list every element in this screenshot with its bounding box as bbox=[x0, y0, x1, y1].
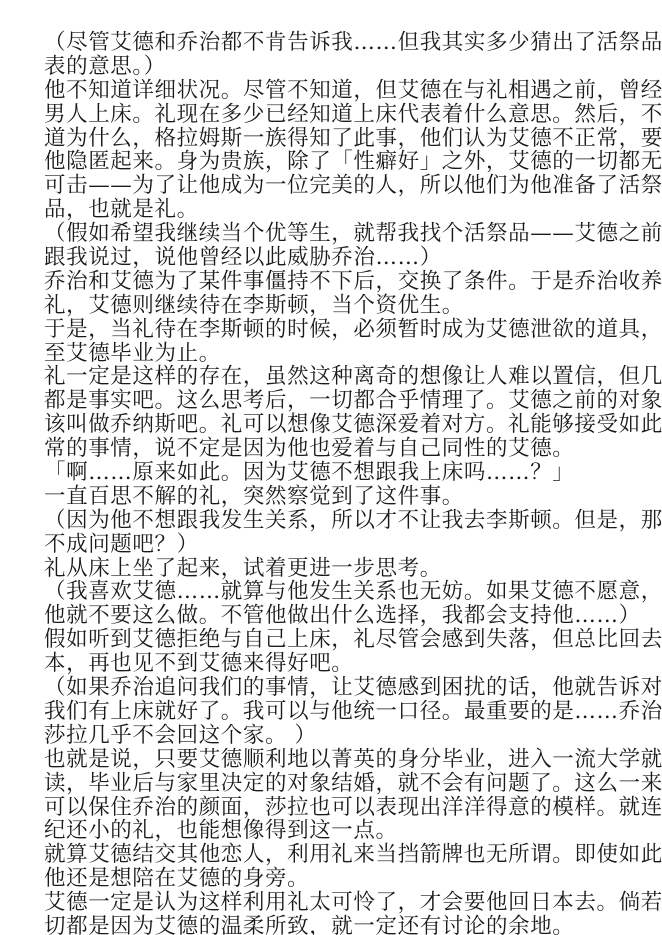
text-line: 可击——为了让他成为一位完美的人，所以他们为他准备了活祭 bbox=[44, 174, 624, 198]
text-line: 跟我说过，说他曾经以此威胁乔治……） bbox=[44, 246, 624, 270]
text-line: （因为他不想跟我发生关系，所以才不让我去李斯顿。但是，那又 bbox=[44, 509, 624, 533]
text-line: 男人上床。礼现在多少已经知道上床代表着什么意思。然后，不知 bbox=[44, 103, 624, 127]
text-line: 他隐匿起来。身为贵族，除了「性癖好」之外，艾德的一切都无懈 bbox=[44, 150, 624, 174]
text-line: 乔治和艾德为了某件事僵持不下后，交换了条件。于是乔治收养了 bbox=[44, 270, 624, 294]
text-line: 纪还小的礼，也能想像得到这一点。 bbox=[44, 819, 624, 843]
text-line: 也就是说，只要艾德顺利地以菁英的身分毕业，进入一流大学就 bbox=[44, 748, 624, 772]
text-line: 可以保住乔治的颜面，莎拉也可以表现出洋洋得意的模样。就连年 bbox=[44, 796, 624, 820]
text-line: 莎拉几乎不会回这个家。 ） bbox=[44, 724, 624, 748]
text-line: 该叫做乔纳斯吧。礼可以想像艾德深爱着对方。礼能够接受如此异 bbox=[44, 413, 624, 437]
text-line: 就算艾德结交其他恋人，利用礼来当挡箭牌也无所谓。即使如此， bbox=[44, 843, 624, 867]
text-line: 礼从床上坐了起来，试着更进一步思考。 bbox=[44, 557, 624, 581]
text-line: （如果乔治追问我们的事情，让艾德感到困扰的话，他就告诉对方 bbox=[44, 676, 624, 700]
text-line: 于是，当礼待在李斯顿的时候，必须暂时成为艾德泄欲的道具，直 bbox=[44, 318, 624, 342]
text-line: 「啊……原来如此。因为艾德不想跟我上床吗……？」 bbox=[44, 461, 624, 485]
text-line: （我喜欢艾德……就算与他发生关系也无妨。如果艾德不愿意，那 bbox=[44, 580, 624, 604]
text-line: 表的意思。） bbox=[44, 55, 624, 79]
text-line: 我们有上床就好了。我可以与他统一口径。最重要的是……乔治和 bbox=[44, 700, 624, 724]
text-line: 至艾德毕业为止。 bbox=[44, 342, 624, 366]
text-line: 一直百思不解的礼，突然察觉到了这件事。 bbox=[44, 485, 624, 509]
text-line: 礼，艾德则继续待在李斯顿，当个资优生。 bbox=[44, 294, 624, 318]
text-line: 他还是想陪在艾德的身旁。 bbox=[44, 867, 624, 891]
text-line: 艾德一定是认为这样利用礼太可怜了，才会要他回日本去。倘若一 bbox=[44, 891, 624, 915]
text-line: 假如听到艾德拒绝与自己上床，礼尽管会感到失落，但总比回去日 bbox=[44, 628, 624, 652]
text-line: 不成问题吧？） bbox=[44, 533, 624, 557]
text-line: 他不知道详细状况。尽管不知道，但艾德在与礼相遇之前，曾经与 bbox=[44, 79, 624, 103]
text-line: 常的事情，说不定是因为他也爱着与自己同性的艾德。 bbox=[44, 437, 624, 461]
document-page: （尽管艾德和乔治都不肯告诉我……但我其实多少猜出了活祭品代 表的意思。） 他不知… bbox=[44, 31, 624, 935]
text-line: 礼一定是这样的存在，虽然这种离奇的想像让人难以置信，但几乎 bbox=[44, 365, 624, 389]
text-line: 道为什么，格拉姆斯一族得知了此事，他们认为艾德不正常，要把 bbox=[44, 127, 624, 151]
text-line: 切都是因为艾德的温柔所致，就一定还有讨论的余地。 bbox=[44, 915, 624, 935]
text-line: （尽管艾德和乔治都不肯告诉我……但我其实多少猜出了活祭品代 bbox=[44, 31, 624, 55]
text-line: 读，毕业后与家里决定的对象结婚，就不会有问题了。这么一来， bbox=[44, 772, 624, 796]
text-line: 本，再也见不到艾德来得好吧。 bbox=[44, 652, 624, 676]
text-line: （假如希望我继续当个优等生，就帮我找个活祭品——艾德之前有 bbox=[44, 222, 624, 246]
text-line: 他就不要这么做。不管他做出什么选择，我都会支持他……） bbox=[44, 604, 624, 628]
text-line: 品，也就是礼。 bbox=[44, 198, 624, 222]
text-line: 都是事实吧。这么思考后，一切都合乎情理了。艾德之前的对象应 bbox=[44, 389, 624, 413]
